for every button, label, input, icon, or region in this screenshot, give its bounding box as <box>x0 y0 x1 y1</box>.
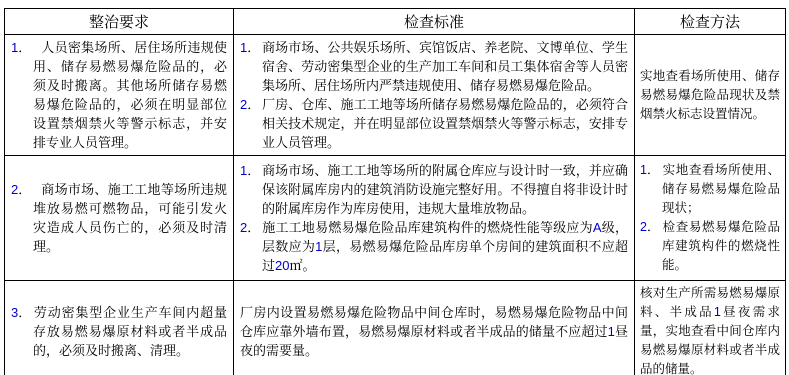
cell-standard-row2: 1．商场市场、施工工地等场所的附属仓库应与设计时一致，并应确保该附属库房内的建筑… <box>234 156 635 281</box>
list-item: 1．商场市场、公共娱乐场所、宾馆饭店、养老院、文博单位、学生宿舍、劳动密集型企业… <box>240 38 628 95</box>
cell-requirement-row2: 2．商场市场、施工工地等场所违规堆放易燃可燃物品，可能引发火灾造成人员伤亡的，必… <box>5 156 234 281</box>
item-text: 人员密集场所、居住场所违规使用、储存易燃易爆危险品的，必须及时搬离。其他场所储存… <box>33 40 227 150</box>
item-text: 商场市场、公共娱乐场所、宾馆饭店、养老院、文博单位、学生宿舍、劳动密集型企业的生… <box>262 40 628 93</box>
cell-requirement-row1: 1．人员密集场所、居住场所违规使用、储存易燃易爆危险品的，必须及时搬离。其他场所… <box>5 35 234 156</box>
list-item: 1．实地查看场所使用、储存易燃易爆危险品现状； <box>640 161 780 218</box>
item-text: 商场市场、施工工地等场所的附属仓库应与设计时一致，并应确保该附属库房内的建筑消防… <box>262 163 628 216</box>
list-item: 3．劳动密集型企业生产车间内超量存放易燃易爆原材料或者半成品的，必须及时搬离、清… <box>11 303 227 360</box>
cell-method-row1: 实地查看场所使用、储存易燃易爆危险品现状及禁烟禁火标志设置情况。 <box>635 35 786 156</box>
item-text: 厂房、仓库、施工工地等场所储存易燃易爆危险品的，必须符合相关技术规定，并在明显部… <box>262 97 628 150</box>
paragraph: 厂房内设置易燃易爆危险物品中间仓库时，易燃易爆危险物品中间仓库应靠外墙布置，易燃… <box>240 303 628 360</box>
table-header-row: 整治要求 检查标准 检查方法 <box>5 9 786 35</box>
item-number: 2． <box>640 218 662 237</box>
item-number: 1． <box>240 161 262 180</box>
list-item: 2．商场市场、施工工地等场所违规堆放易燃可燃物品，可能引发火灾造成人员伤亡的，必… <box>11 180 227 256</box>
cell-requirement-row3: 3．劳动密集型企业生产车间内超量存放易燃易爆原材料或者半成品的，必须及时搬离、清… <box>5 281 234 375</box>
list-item: 2．厂房、仓库、施工工地等场所储存易燃易爆危险品的，必须符合相关技术规定，并在明… <box>240 95 628 152</box>
item-text: 实地查看场所使用、储存易燃易爆危险品现状； <box>662 163 780 215</box>
list-item: 2．检查易燃易爆危险品库建筑构件的燃烧性能。 <box>640 218 780 275</box>
cell-method-row2: 1．实地查看场所使用、储存易燃易爆危险品现状； 2．检查易燃易爆危险品库建筑构件… <box>635 156 786 281</box>
item-number: 1． <box>640 161 662 180</box>
item-number: 3． <box>11 303 33 322</box>
item-text: 检查易燃易爆危险品库建筑构件的燃烧性能。 <box>662 220 780 272</box>
inspection-table: 整治要求 检查标准 检查方法 1．人员密集场所、居住场所违规使用、储存易燃易爆危… <box>4 8 786 375</box>
item-text: 施工工地易燃易爆危险品库建筑构件的燃烧性能等级应为A级，层数应为1层，易燃易爆危… <box>262 220 628 273</box>
cell-method-row3: 核对生产所需易燃易爆原料、半成品1昼夜需求量，实地查看中间仓库内易燃易爆原材料或… <box>635 281 786 375</box>
paragraph: 核对生产所需易燃易爆原料、半成品1昼夜需求量，实地查看中间仓库内易燃易爆原材料或… <box>640 284 780 375</box>
item-number: 1． <box>240 38 262 57</box>
item-number: 2． <box>240 95 262 114</box>
table-row: 2．商场市场、施工工地等场所违规堆放易燃可燃物品，可能引发火灾造成人员伤亡的，必… <box>5 156 786 281</box>
list-item: 2．施工工地易燃易爆危险品库建筑构件的燃烧性能等级应为A级，层数应为1层，易燃易… <box>240 218 628 275</box>
header-inspection-method: 检查方法 <box>635 9 786 35</box>
paragraph: 实地查看场所使用、储存易燃易爆危险品现状及禁烟禁火标志设置情况。 <box>640 67 780 124</box>
item-number: 2． <box>11 180 41 199</box>
cell-standard-row3: 厂房内设置易燃易爆危险物品中间仓库时，易燃易爆危险物品中间仓库应靠外墙布置，易燃… <box>234 281 635 375</box>
item-number: 2． <box>240 218 262 237</box>
list-item: 1．人员密集场所、居住场所违规使用、储存易燃易爆危险品的，必须及时搬离。其他场所… <box>11 38 227 152</box>
item-text: 劳动密集型企业生产车间内超量存放易燃易爆原材料或者半成品的，必须及时搬离、清理。 <box>33 305 227 358</box>
cell-standard-row1: 1．商场市场、公共娱乐场所、宾馆饭店、养老院、文博单位、学生宿舍、劳动密集型企业… <box>234 35 635 156</box>
table-row: 1．人员密集场所、居住场所违规使用、储存易燃易爆危险品的，必须及时搬离。其他场所… <box>5 35 786 156</box>
table-row: 3．劳动密集型企业生产车间内超量存放易燃易爆原材料或者半成品的，必须及时搬离、清… <box>5 281 786 375</box>
header-rectification-requirement: 整治要求 <box>5 9 234 35</box>
list-item: 1．商场市场、施工工地等场所的附属仓库应与设计时一致，并应确保该附属库房内的建筑… <box>240 161 628 218</box>
item-text: 商场市场、施工工地等场所违规堆放易燃可燃物品，可能引发火灾造成人员伤亡的，必须及… <box>33 182 227 254</box>
header-inspection-standard: 检查标准 <box>234 9 635 35</box>
item-number: 1． <box>11 38 41 57</box>
